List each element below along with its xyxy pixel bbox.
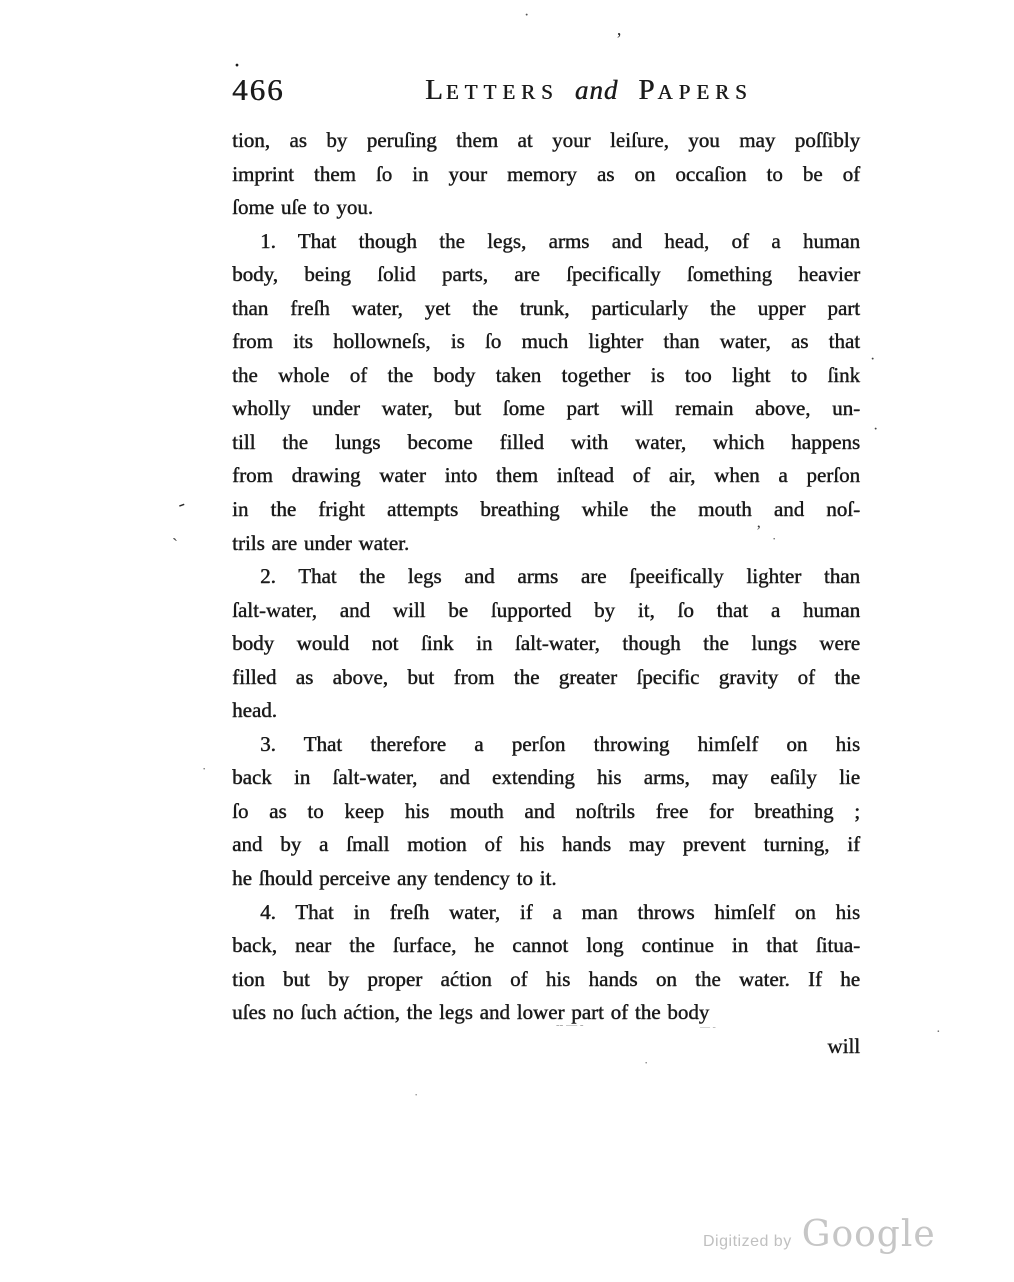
header-word1-initial: L [425, 74, 446, 106]
header-word2-initial: P [638, 74, 657, 106]
text-line: he ſhould perceive any tendency to it. [232, 862, 860, 896]
text-line: filled as above, but from the greater ſp… [232, 661, 860, 695]
text-line: and by a ſmall motion of his hands may p… [232, 828, 860, 862]
text-line: in the fright attempts breathing while t… [232, 493, 860, 527]
text-line: head. [232, 694, 860, 728]
scan-speck: ` [172, 536, 178, 554]
text-line: body would not ſink in ſalt-water, thoug… [232, 627, 860, 661]
running-header-title: LETTERS and PAPERS [425, 74, 753, 107]
text-line: wholly under water, but ſome part will r… [232, 392, 860, 426]
scan-speck: · [873, 422, 878, 438]
text-line: 3. That therefore a perſon throwing himſ… [232, 728, 860, 762]
text-line: imprint them ſo in your memory as on occ… [232, 158, 860, 192]
catchword: will [232, 1030, 860, 1064]
scan-speck: · [936, 1026, 941, 1040]
text-line: back, near the ſurface, he cannot long c… [232, 929, 860, 963]
text-line: 4. That in freſh water, if a man throws … [232, 896, 860, 930]
body-text: tion, as by peruſing them at your leiſur… [232, 124, 860, 1063]
text-line: body, being ſolid parts, are ſpecificall… [232, 258, 860, 292]
text-line: tion but by proper aćtion of his hands o… [232, 963, 860, 997]
text-line: 2. That the legs and arms are ſpeeifical… [232, 560, 860, 594]
text-line: from its hollowneſs, is ſo much lighter … [232, 325, 860, 359]
scan-speck: - [175, 493, 188, 514]
watermark-text: Digitized by [703, 1233, 792, 1251]
text-line: till the lungs become filled with water,… [232, 426, 860, 460]
scanned-book-page: 466 LETTERS and PAPERS tion, as by peruſ… [0, 0, 1014, 1282]
header-word1-rest: ETTERS [446, 80, 559, 104]
google-logo: Google [802, 1214, 936, 1255]
page-number: 466 [232, 72, 285, 108]
text-line: ſo as to keep his mouth and noſtrils fre… [232, 795, 860, 829]
header-word2-rest: APERS [657, 80, 752, 104]
text-line: than freſh water, yet the trunk, particu… [232, 292, 860, 326]
scan-speck: · [524, 8, 529, 24]
header-conjunction: and [575, 75, 619, 105]
scan-speck: · [870, 352, 875, 368]
scan-speck: ’ [616, 30, 622, 48]
scan-speck: · [414, 1088, 418, 1101]
text-line: ſome uſe to you. [232, 191, 860, 225]
text-line: from drawing water into them inſtead of … [232, 459, 860, 493]
text-line: the whole of the body taken together is … [232, 359, 860, 393]
text-line: tion, as by peruſing them at your leiſur… [232, 124, 860, 158]
scan-speck: · [202, 762, 206, 775]
text-line: trils are under water. [232, 527, 860, 561]
text-line: 1. That though the legs, arms and head, … [232, 225, 860, 259]
text-line: ſalt-water, and will be ſupported by it,… [232, 594, 860, 628]
watermark: Digitized by Google [703, 1214, 936, 1255]
page-header: 466 LETTERS and PAPERS [232, 70, 860, 114]
text-line: back in ſalt-water, and extending his ar… [232, 761, 860, 795]
text-line: uſes no ſuch aćtion, the legs and lower … [232, 996, 860, 1030]
